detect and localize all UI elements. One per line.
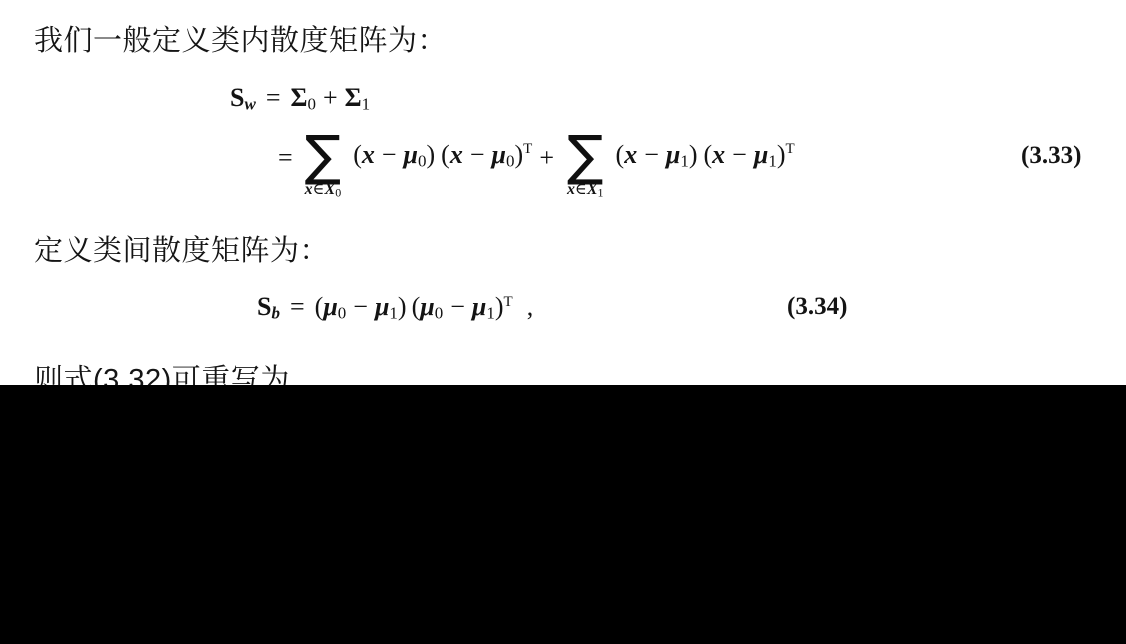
scatter-matrix-S: S <box>230 83 244 112</box>
scatter-matrix-S: S <box>257 292 271 321</box>
sigma-symbol: Σ <box>345 83 362 112</box>
summation-over-X0: ∑ x∈X0 <box>305 134 342 201</box>
transpose-superscript: T <box>785 141 794 157</box>
document-page: 我们一般定义类内散度矩阵为： Sw=Σ0+Σ1 = ∑ x∈X0 (x−μ0) … <box>0 0 1126 644</box>
equation-3-33-line1: Sw=Σ0+Σ1 <box>230 84 370 119</box>
subscript-w: w <box>244 95 255 114</box>
equation-3-34: Sb=(μ0−μ1)(μ0−μ1)T, <box>257 293 533 328</box>
term-mu0-minus-mu1: (μ0−μ1) <box>315 292 407 321</box>
equals-sign: = <box>266 83 281 112</box>
equation-number-3-34: (3.34) <box>787 293 847 321</box>
equation-number-3-33: (3.33) <box>1021 142 1081 170</box>
term-x-minus-mu1: (x−μ1) <box>616 141 698 176</box>
summation-index-x-in-X0: x∈X0 <box>305 181 342 201</box>
black-overlay-region <box>0 385 1126 644</box>
term-x-minus-mu0: (x−μ0) <box>353 141 435 176</box>
summation-index-x-in-X1: x∈X1 <box>567 181 604 201</box>
term-mu0-minus-mu1-transposed: (μ0−μ1)T <box>412 292 513 321</box>
subscript-0: 0 <box>307 95 316 114</box>
subscript-b: b <box>271 304 280 323</box>
plus-sign: + <box>323 83 338 112</box>
sum-icon: ∑ <box>567 134 603 178</box>
paragraph-between-class-intro: 定义类间散度矩阵为： <box>34 236 329 266</box>
term-x-minus-mu1-transposed: (x−μ1)T <box>704 141 795 176</box>
paragraph-within-class-intro: 我们一般定义类内散度矩阵为： <box>34 26 447 56</box>
term-x-minus-mu0-transposed: (x−μ0)T <box>441 141 532 176</box>
subscript-1: 1 <box>362 95 371 114</box>
transpose-superscript: T <box>504 294 513 310</box>
plus-sign: + <box>539 144 554 172</box>
trailing-comma: , <box>527 292 534 321</box>
equals-sign: = <box>290 292 305 321</box>
sum-icon: ∑ <box>305 134 341 178</box>
summation-over-X1: ∑ x∈X1 <box>567 134 604 201</box>
equals-sign: = <box>278 144 293 172</box>
equation-3-33-line2: = ∑ x∈X0 (x−μ0) (x−μ0)T + ∑ x∈X1 (x−μ1) … <box>278 120 795 196</box>
transpose-superscript: T <box>523 141 532 157</box>
sigma-symbol: Σ <box>290 83 307 112</box>
